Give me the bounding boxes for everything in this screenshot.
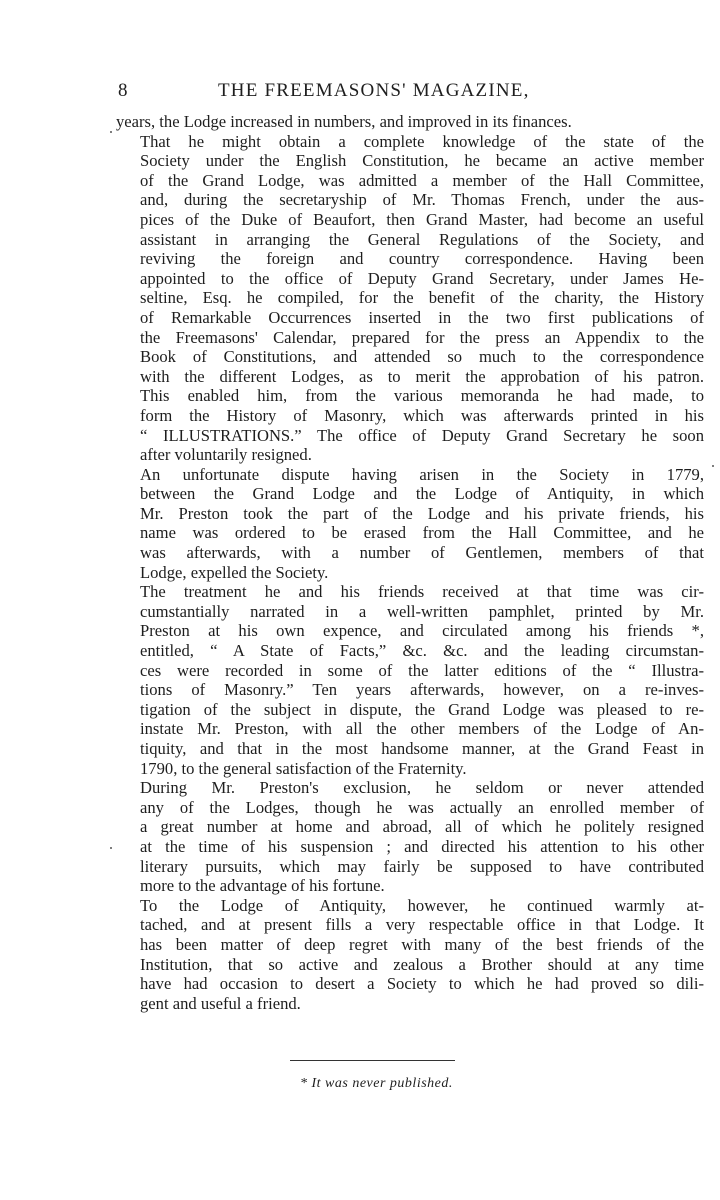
text-line: of the Grand Lodge, was admitted a membe…	[116, 171, 704, 191]
text-line: “ ILLUSTRATIONS.” The office of Deputy G…	[116, 426, 704, 446]
text-line: tached, and at present fills a very resp…	[116, 915, 704, 935]
text-line: literary pursuits, which may fairly be s…	[116, 857, 704, 877]
text-line: at the time of his suspension ; and dire…	[116, 837, 704, 857]
text-line: form the History of Masonry, which was a…	[116, 406, 704, 426]
text-line: with the different Lodges, as to merit t…	[116, 367, 704, 387]
text-line: seltine, Esq. he compiled, for the benef…	[116, 288, 704, 308]
paragraph: The treatment he and his friends receive…	[116, 582, 704, 778]
text-line: pices of the Duke of Beaufort, then Gran…	[116, 210, 704, 230]
text-line: Book of Constitutions, and attended so m…	[116, 347, 704, 367]
text-line: has been matter of deep regret with many…	[116, 935, 704, 955]
text-line: instate Mr. Preston, with all the other …	[116, 719, 704, 739]
text-line: was afterwards, with a number of Gentlem…	[116, 543, 704, 563]
text-line: During Mr. Preston's exclusion, he seldo…	[116, 778, 704, 798]
running-title: THE FREEMASONS' MAGAZINE,	[218, 80, 530, 102]
page-header: 8 THE FREEMASONS' MAGAZINE,	[118, 80, 703, 104]
text-line: reviving the foreign and country corresp…	[116, 249, 704, 269]
text-line: any of the Lodges, though he was actuall…	[116, 798, 704, 818]
text-line: tiquity, and that in the most handsome m…	[116, 739, 704, 759]
paragraph: An unfortunate dispute having arisen in …	[116, 465, 704, 583]
text-line: after voluntarily resigned.	[116, 445, 704, 465]
footnote: * It was never published.	[300, 1076, 453, 1092]
text-line: and, during the secretaryship of Mr. Tho…	[116, 190, 704, 210]
text-line: have had occasion to desert a Society to…	[116, 974, 704, 994]
text-line: This enabled him, from the various memor…	[116, 386, 704, 406]
paragraph: That he might obtain a complete knowledg…	[116, 132, 704, 465]
text-line: between the Grand Lodge and the Lodge of…	[116, 484, 704, 504]
text-line: Mr. Preston took the part of the Lodge a…	[116, 504, 704, 524]
text-line: 1790, to the general satisfaction of the…	[116, 759, 704, 779]
text-line: gent and useful a friend.	[116, 994, 704, 1014]
body-text: years, the Lodge increased in numbers, a…	[116, 112, 704, 1013]
text-line: ces were recorded in some of the latter …	[116, 661, 704, 681]
text-line: the Freemasons' Calendar, prepared for t…	[116, 328, 704, 348]
text-line: To the Lodge of Antiquity, however, he c…	[116, 896, 704, 916]
text-line: a great number at home and abroad, all o…	[116, 817, 704, 837]
paragraph: years, the Lodge increased in numbers, a…	[116, 112, 704, 132]
text-line: name was ordered to be erased from the H…	[116, 523, 704, 543]
text-line: The treatment he and his friends receive…	[116, 582, 704, 602]
text-line: tigation of the subject in dispute, the …	[116, 700, 704, 720]
text-line: entitled, “ A State of Facts,” &c. &c. a…	[116, 641, 704, 661]
text-line: assistant in arranging the General Regul…	[116, 230, 704, 250]
document-page: 8 THE FREEMASONS' MAGAZINE, years, the L…	[0, 0, 720, 1200]
text-line: Society under the English Constitution, …	[116, 151, 704, 171]
text-line: appointed to the office of Deputy Grand …	[116, 269, 704, 289]
text-line: tions of Masonry.” Ten years afterwards,…	[116, 680, 704, 700]
paragraph: To the Lodge of Antiquity, however, he c…	[116, 896, 704, 1014]
text-line: more to the advantage of his fortune.	[116, 876, 704, 896]
text-line: years, the Lodge increased in numbers, a…	[116, 112, 704, 132]
scan-speck	[712, 465, 714, 467]
footnote-divider	[290, 1060, 455, 1061]
scan-speck	[110, 131, 112, 133]
page-number: 8	[118, 80, 128, 102]
text-line: Lodge, expelled the Society.	[116, 563, 704, 583]
scan-speck	[110, 847, 112, 849]
paragraph: During Mr. Preston's exclusion, he seldo…	[116, 778, 704, 896]
text-line: Preston at his own expence, and circulat…	[116, 621, 704, 641]
text-line: of Remarkable Occurrences inserted in th…	[116, 308, 704, 328]
text-line: cumstantially narrated in a well-written…	[116, 602, 704, 622]
text-line: An unfortunate dispute having arisen in …	[116, 465, 704, 485]
text-line: That he might obtain a complete knowledg…	[116, 132, 704, 152]
text-line: Institution, that so active and zealous …	[116, 955, 704, 975]
